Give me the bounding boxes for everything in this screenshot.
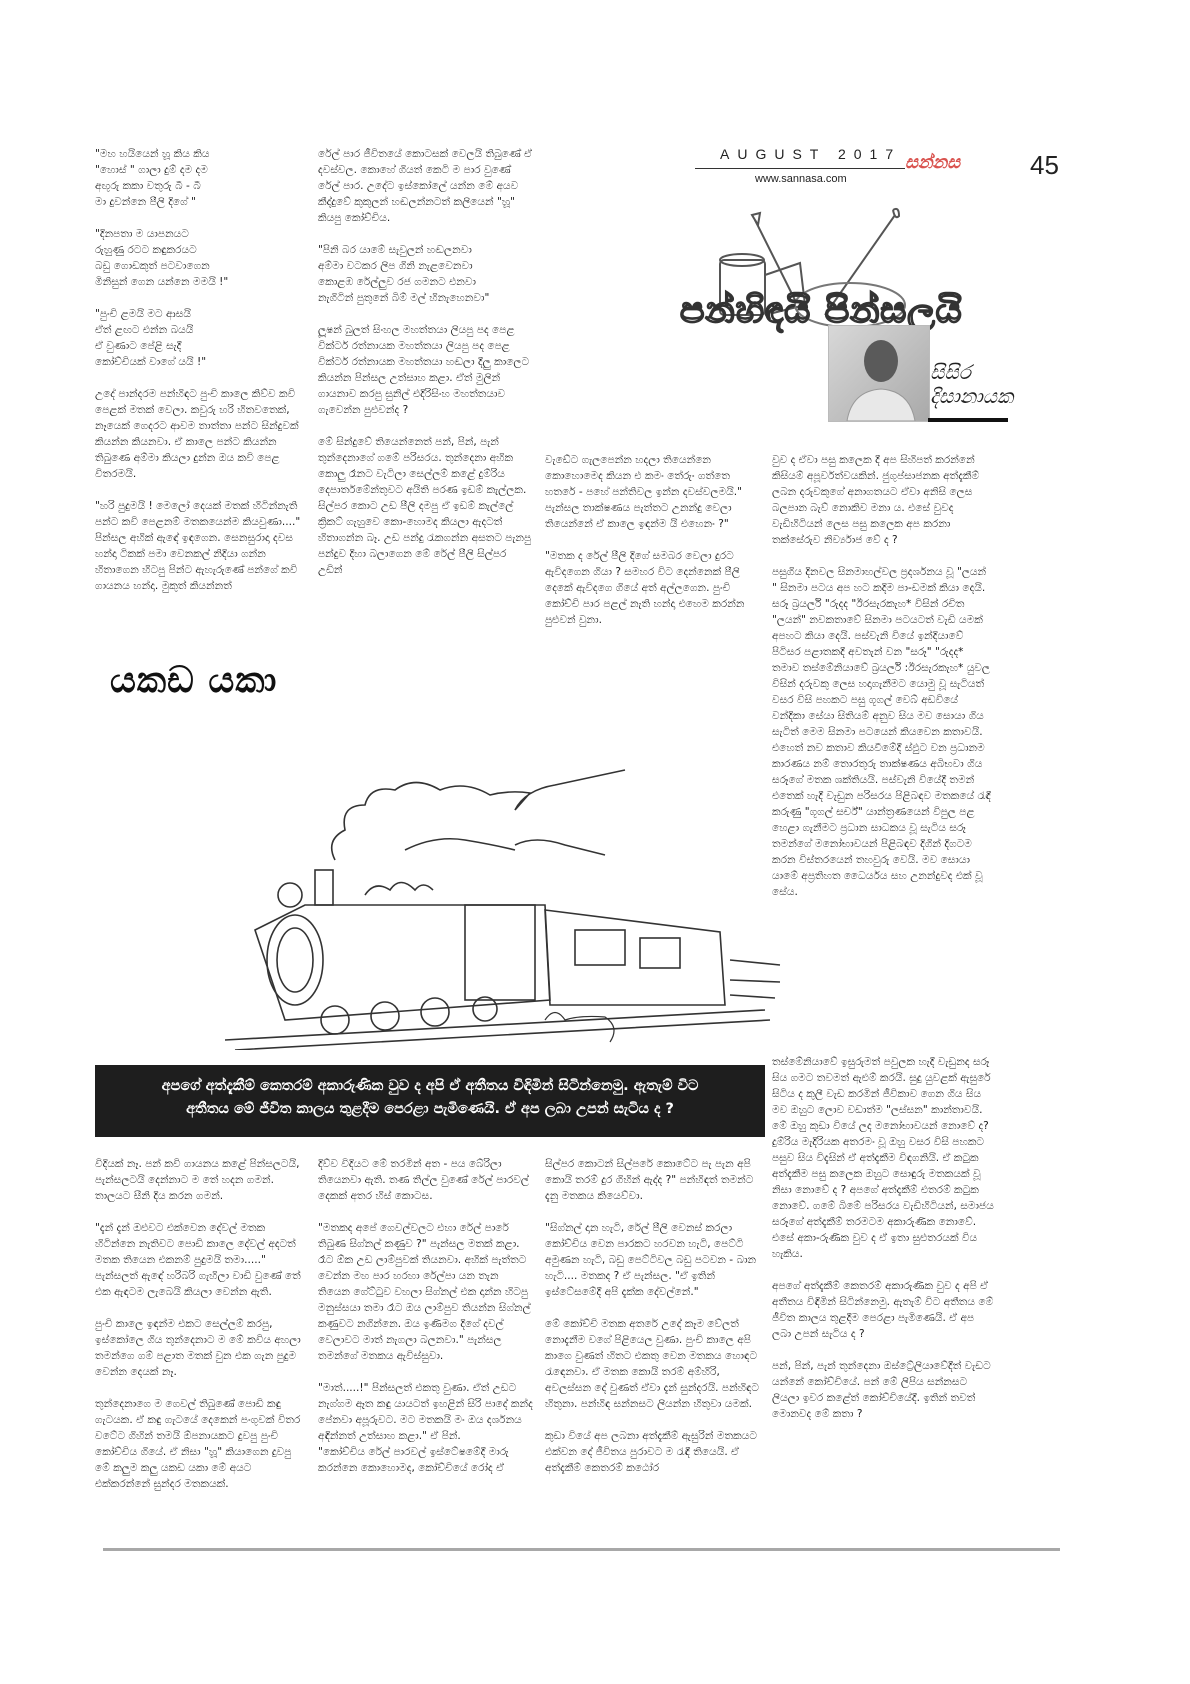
paragraph: කුඩා වියේ අප ලබනා අත්දැකීම් ඇසුරින් මතකය…: [545, 1428, 760, 1476]
column-4-lower: තස්මේනියාවේ ඉසුරුමත් පවුලක හැදී වැඩුනද ස…: [772, 1054, 994, 1422]
column-4-mid: වුව ද ඒවා පසු කලෙක දී අප සිහිපත් කරන්නේ …: [772, 452, 994, 900]
paragraph: උදේ පාන්දරම පන්හිඳට පුංචි කාලෙ කිව්ව කවි…: [95, 386, 305, 482]
footer-rule: [103, 1548, 1060, 1551]
article-title: යකඩ යකා: [110, 660, 277, 702]
poem-stanza: "දිනපතා ම යාපනයට රුහුණු රටට කඳුකරයට බඩු …: [95, 226, 305, 290]
steam-train-illustration: [225, 720, 785, 1050]
paragraph: දිව්ව විදියට මේ තරමින් අත - පය බේරිලා ති…: [318, 1156, 533, 1204]
page-number: 45: [1030, 150, 1059, 181]
publication-logo: සන්නස: [905, 152, 960, 173]
paragraph: සිල්පර කොටන් සිල්පරේ කොටේට පැ පැන අපි කො…: [545, 1156, 760, 1204]
paragraph: "මතකද අපේ ගෙවල්වලට එහා රේල් පාරේ තිබුණ ස…: [318, 1220, 533, 1364]
author-photo: [828, 325, 930, 422]
person-silhouette-icon: [829, 326, 929, 421]
paragraph: පසුගිය දිනවල සිනමාහල්වල ප්‍රදර්ශනය වූ "ල…: [772, 564, 994, 900]
paragraph: මේ කෝච්චි මතක අතරේ උදේ කෑම වේලත් නොදැනීම…: [545, 1316, 760, 1412]
column-1-bottom: විදියක් නෑ. පන් කවි ගායනය කළේ පින්සලටයි,…: [95, 1156, 305, 1492]
smoke-icon: [332, 770, 625, 860]
website-link[interactable]: www.sannasa.com: [755, 173, 847, 185]
paragraph: "මතක ද රේල් පීලි දිගේ සමබර වෙලා දුරට ඇවි…: [545, 548, 760, 628]
paragraph: වැඩේට ගැලපෙන්න හදලා තියෙන්නෙ කොහොමෙද කිය…: [545, 452, 760, 532]
paragraph: අපගේ අත්දැකීම් කෙතරම් අකාරුණික වුව ද අපි…: [772, 1278, 994, 1342]
paragraph: "මාත්.....!" පින්සලත් එකතු වුණා. ඒත් උඩට…: [318, 1380, 533, 1444]
column-2-bottom: දිව්ව විදියට මේ තරමින් අත - පය බේරිලා ති…: [318, 1156, 533, 1476]
artist-signature-icon: [545, 1013, 614, 1043]
column-1-top: "මහ හයියෙන් හූ කිය කිය "හොස් " ගාලා දුම්…: [95, 146, 305, 594]
paragraph: මේ සින්දුවේ තියෙන්නෙත් පන්, පින්, පැන් ත…: [318, 434, 533, 578]
paragraph: "සිග්නල් දාන හැටි, රේල් පීලි වෙනස් කරලා …: [545, 1220, 760, 1300]
column-3-bottom: සිල්පර කොටන් සිල්පරේ කොටේට පැ පැන අපි කො…: [545, 1156, 760, 1476]
issue-date: AUGUST 2017: [720, 146, 901, 162]
locomotive-icon: [255, 870, 550, 1020]
paragraph: "දැන් දැන් ඔළුවට එක්වෙන දේවල් මතක හිටින්…: [95, 1220, 305, 1300]
author-name: සිසිර දිසානායක: [930, 360, 1013, 408]
column-3-mid: වැඩේට ගැලපෙන්න හදලා තියෙන්නෙ කොහොමෙද කිය…: [545, 452, 760, 628]
column-2-top: රේල් පාර ජීවිතයේ කොටසක් වෙලයි තිබුණේ ඒ ද…: [318, 146, 533, 578]
paragraph: තස්මේනියාවේ ඉසුරුමත් පවුලක හැදී වැඩුනද ස…: [772, 1054, 994, 1262]
poem-stanza: "මහ හයියෙන් හූ කිය කිය "හොස් " ගාලා දුම්…: [95, 146, 305, 210]
header-rule: [695, 168, 905, 169]
paragraph: "කෝච්චිය රේල් පාරවල් ඉස්ටේෂමේදී මාරු කරන…: [318, 1444, 533, 1476]
paragraph: වුව ද ඒවා පසු කලෙක දී අප සිහිපත් කරන්නේ …: [772, 452, 994, 548]
paragraph: පන්, පින්, පැන් තුන්දෙනා ඔස්ට්‍රේලියාවේද…: [772, 1358, 994, 1422]
poem-stanza: "පුංචි ළමයි මට ආසයි ඒත් ළඟට එන්න බයයි ඒ …: [95, 306, 305, 370]
paragraph: රේල් පාර ජීවිතයේ කොටසක් වෙලයි තිබුණේ ඒ ද…: [318, 146, 533, 226]
paragraph: විදියක් නෑ. පන් කවි ගායනය කළේ පින්සලටයි,…: [95, 1156, 305, 1204]
paragraph: ලූෂන් බුලත් සිංහල මහත්තයා ලියපු පද පෙළ ව…: [318, 322, 533, 418]
author-underline: [928, 418, 1008, 422]
poem-stanza: "පිනි බර යාමේ සැවුලන් හඬලනවා අම්මා වටකර …: [318, 242, 533, 306]
paragraph: "හරි පුදුමයි ! මෙලෝ දෙයක් මතක් හිටින්නැත…: [95, 498, 305, 594]
paragraph: පුංචි කාලෙ ඉඳන්ම එකට සෙල්ලම් කරපු, ඉස්කෝ…: [95, 1316, 305, 1380]
paragraph: තුන්දෙනාගෙ ම ගෙවල් තිබුණේ පොඩි කඳු ගැටයක…: [95, 1396, 305, 1492]
pull-quote: අපගේ අත්දැකීම් කෙතරම් අකාරුණික වුව ද අපි…: [95, 1065, 765, 1137]
carriage-icon: [545, 910, 725, 1005]
